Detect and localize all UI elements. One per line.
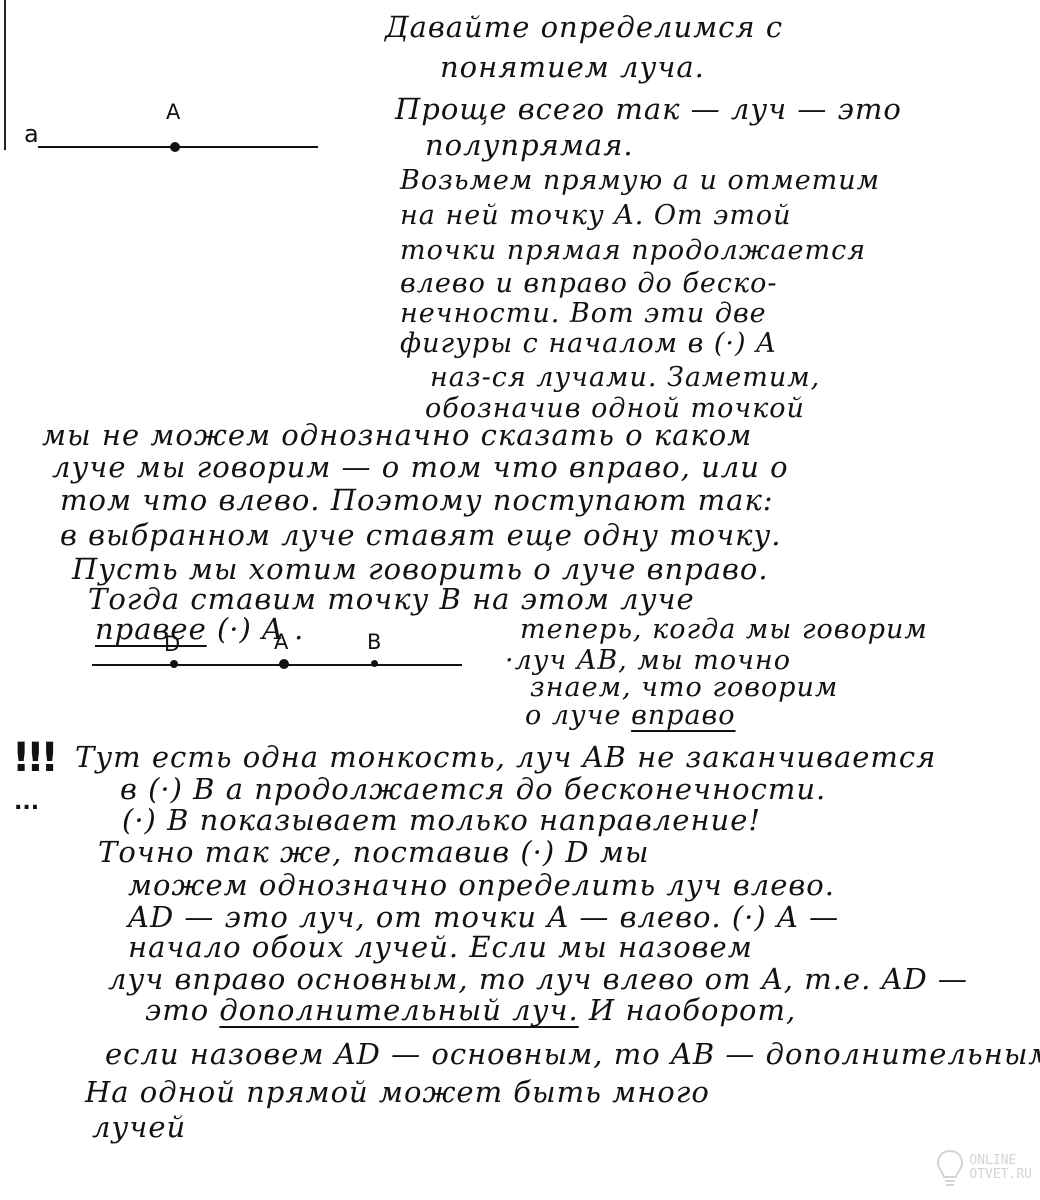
watermark-line-1: ONLINE [969, 1154, 1032, 1168]
point-a2-label: A [274, 630, 288, 654]
underlined-phrase-additional-ray: дополнительный луч. [219, 993, 578, 1027]
p5-line-10: если назовем AD — основным, то AB — допо… [105, 1037, 1040, 1071]
handwritten-page: Давайте определимся с понятием луча. Про… [0, 0, 1040, 1200]
p2-line-2: луче мы говорим — о том что вправо, или … [52, 450, 789, 484]
title-line-2: понятием луча. [440, 50, 705, 84]
p1-line-5: нечности. Вот эти две [400, 298, 767, 329]
p2-line-1: мы не можем однозначно сказать о каком [42, 418, 752, 452]
p5-line-2: в (·) B а продолжается до бесконечности. [120, 772, 826, 806]
p2-line-3: том что влево. Поэтому поступают так: [60, 483, 774, 517]
point-a-label: A [166, 100, 180, 124]
lightbulb-icon [935, 1148, 965, 1188]
p3-line-1: Пусть мы хотим говорить о луче вправо. [72, 552, 769, 586]
p1-line-2: на ней точку A. От этой [400, 200, 792, 231]
p5-line-4: Точно так же, поставив (·) D мы [98, 835, 650, 869]
point-b-label: B [367, 630, 381, 654]
point-d-label: D [164, 632, 180, 656]
point-a-dot [170, 142, 180, 152]
point-d-dot [170, 660, 178, 668]
point-b-dot [371, 660, 378, 667]
p5-line-1: Тут есть одна тонкость, луч AB не заканч… [75, 740, 936, 774]
p2-line-4: в выбранном луче ставят еще одну точку. [60, 518, 782, 552]
p4-line-4: о луче вправо [525, 700, 736, 731]
p5-line-7: начало обоих лучей. Если мы назовем [128, 930, 753, 964]
ellipsis-marks: ... [14, 790, 39, 815]
exclamation-marks: !!! [12, 735, 55, 781]
p1-line-4: влево и вправо до беско- [400, 268, 777, 299]
underlined-word-vpravo: вправо [631, 700, 735, 731]
conclusion-line-1: На одной прямой может быть много [85, 1075, 710, 1109]
intro-line-1: Проще всего так — луч — это [395, 92, 902, 126]
line-dab [92, 664, 462, 666]
line-label-a: a [24, 120, 39, 148]
p1-line-7: наз-ся лучами. Заметим, [430, 362, 820, 393]
conclusion-line-2: лучей [92, 1110, 186, 1144]
p3-line-2: Тогда ставим точку B на этом луче [88, 582, 695, 616]
p1-line-1: Возьмем прямую a и отметим [400, 165, 880, 196]
watermark: ONLINE OTVET.RU [935, 1148, 1032, 1188]
underlined-word-right: правее [95, 612, 207, 646]
point-a2-dot [279, 659, 289, 669]
intro-line-2: полупрямая. [425, 128, 634, 162]
p5-line-8: луч вправо основным, то луч влево от A, … [108, 962, 968, 996]
scan-edge-line [4, 0, 6, 150]
p5-line-6: AD — это луч, от точки A — влево. (·) A … [128, 900, 839, 934]
p4-line-1: теперь, когда мы говорим [520, 614, 928, 645]
p5-line-3: (·) B показывает только направление! [122, 803, 761, 837]
p5-line-9: это дополнительный луч. И наоборот, [145, 993, 796, 1027]
p5-line-5: можем однозначно определить луч влево. [128, 868, 835, 902]
p4-line-3: знаем, что говорим [530, 672, 838, 703]
p1-line-6: фигуры с началом в (·) A [400, 328, 777, 359]
p3-line-3: правее (·) A . [95, 612, 304, 646]
p1-line-3: точки прямая продолжается [400, 235, 866, 266]
title-line-1: Давайте определимся с [385, 10, 783, 44]
watermark-line-2: OTVET.RU [969, 1168, 1032, 1182]
